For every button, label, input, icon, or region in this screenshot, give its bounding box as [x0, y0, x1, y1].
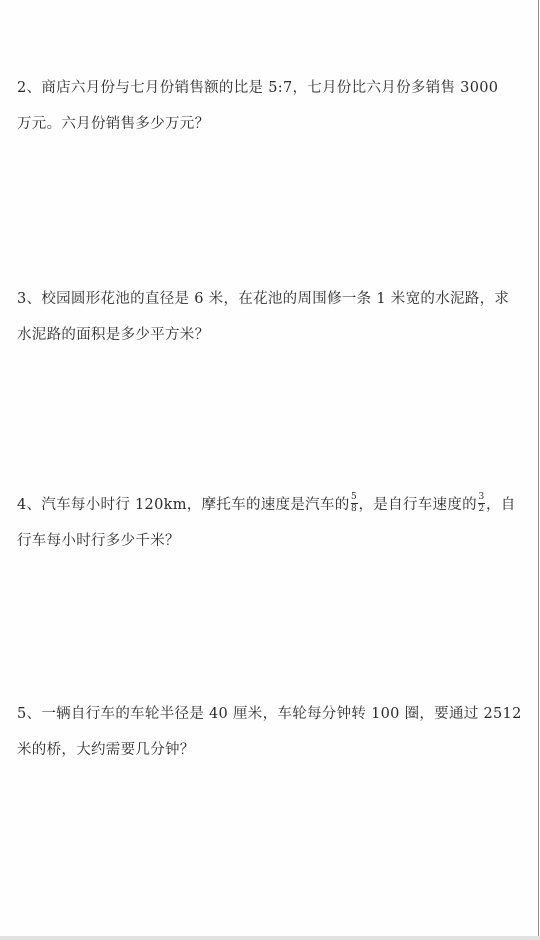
question-5-line-1: 5、一辆自行车的车轮半径是 40 厘米，车轮每分钟转 100 圈，要通过 251…	[17, 696, 522, 732]
question-4-text-part-3: ，自	[486, 497, 516, 513]
question-2-line-1: 2、商店六月份与七月份销售额的比是 5:7，七月份比六月份多销售 3000	[17, 70, 522, 106]
question-4-text-part-2: ，是自行车速度的	[359, 497, 477, 513]
fraction-numerator: 5	[351, 493, 358, 502]
fraction-three-halves: 32	[478, 493, 485, 514]
question-4-line-1: 4、汽车每小时行 120km，摩托车的速度是汽车的58，是自行车速度的32，自	[17, 487, 522, 523]
page-bottom-edge	[0, 936, 540, 940]
question-4-line-2: 行车每小时行多少千米？	[17, 523, 522, 559]
question-3-line-2: 水泥路的面积是多少平方米？	[17, 317, 522, 353]
question-5: 5、一辆自行车的车轮半径是 40 厘米，车轮每分钟转 100 圈，要通过 251…	[17, 696, 522, 768]
fraction-five-eighths: 58	[351, 493, 358, 514]
question-2: 2、商店六月份与七月份销售额的比是 5:7，七月份比六月份多销售 3000 万元…	[17, 70, 522, 142]
question-3-line-1: 3、校园圆形花池的直径是 6 米，在花池的周围修一条 1 米宽的水泥路，求	[17, 281, 522, 317]
document-page: 2、商店六月份与七月份销售额的比是 5:7，七月份比六月份多销售 3000 万元…	[0, 0, 538, 936]
fraction-denominator: 8	[351, 505, 358, 514]
question-4-text-part-1: 4、汽车每小时行 120km，摩托车的速度是汽车的	[17, 497, 350, 513]
question-4: 4、汽车每小时行 120km，摩托车的速度是汽车的58，是自行车速度的32，自 …	[17, 487, 522, 559]
fraction-numerator: 3	[478, 493, 485, 502]
page-right-border	[538, 0, 539, 940]
question-2-line-2: 万元。六月份销售多少万元？	[17, 106, 522, 142]
fraction-denominator: 2	[478, 505, 485, 514]
question-5-line-2: 米的桥，大约需要几分钟？	[17, 732, 522, 768]
question-3: 3、校园圆形花池的直径是 6 米，在花池的周围修一条 1 米宽的水泥路，求 水泥…	[17, 281, 522, 353]
